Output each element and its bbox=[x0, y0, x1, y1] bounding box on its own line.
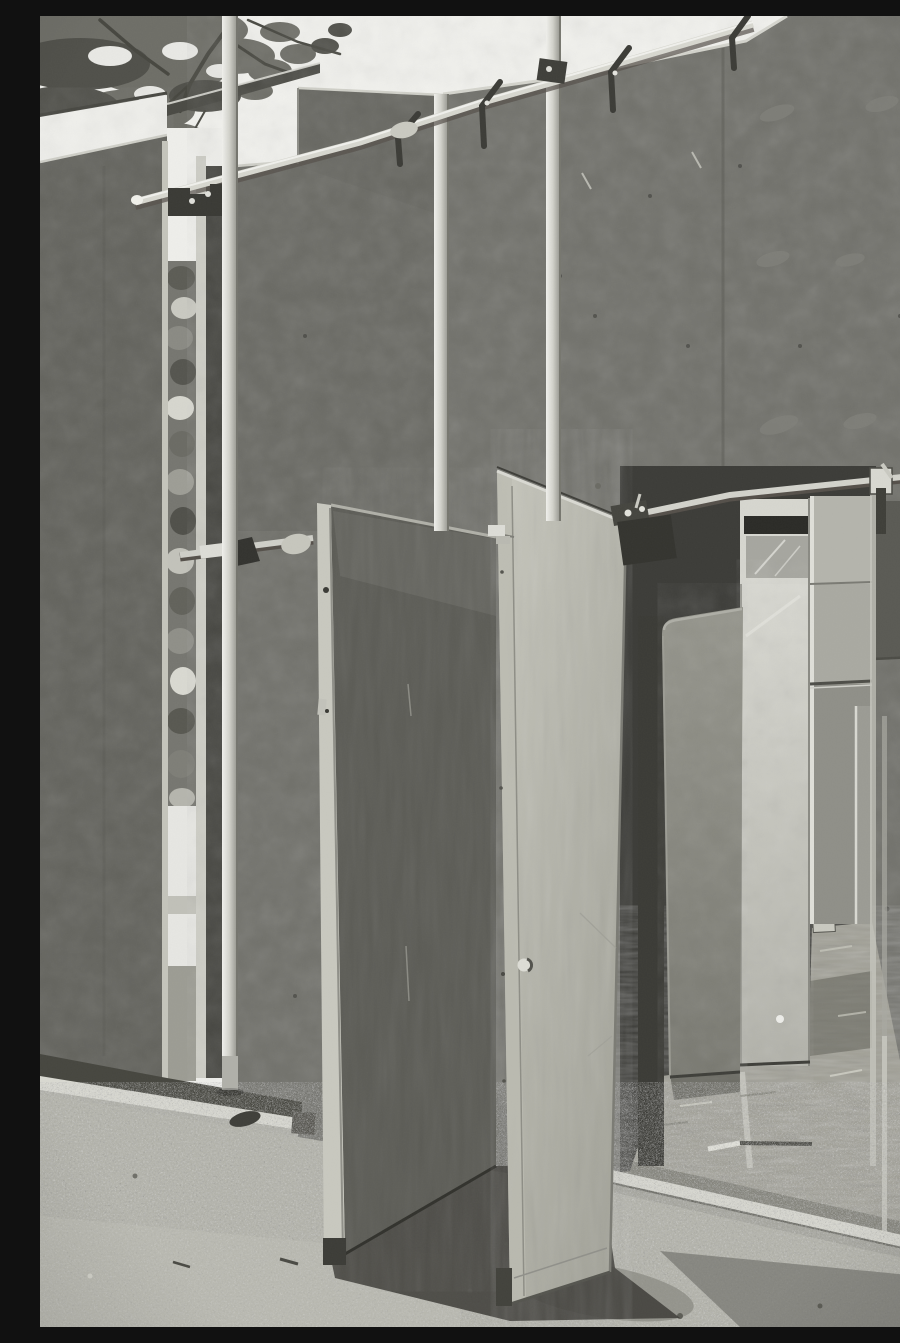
photograph bbox=[40, 16, 900, 1327]
photo-canvas bbox=[40, 16, 900, 1327]
vignette bbox=[40, 16, 900, 1327]
